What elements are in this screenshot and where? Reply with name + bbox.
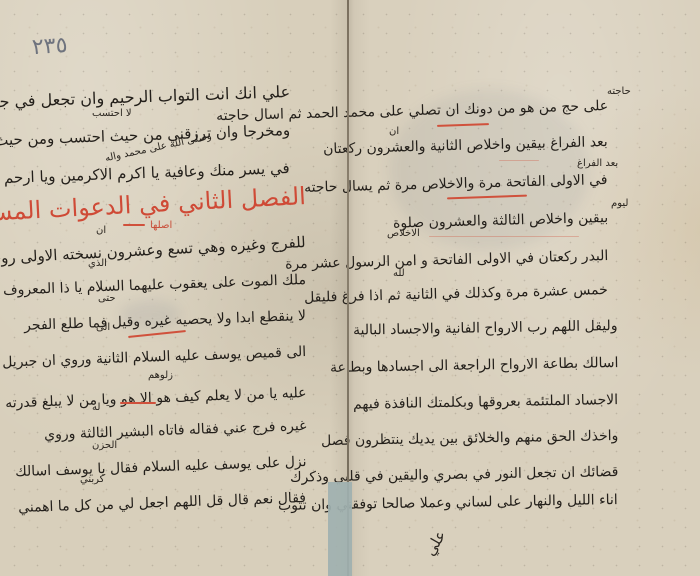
margin-gloss: لله [393,268,405,279]
margin-gloss: الاخلاص [387,228,420,239]
rubric-overline [123,224,145,226]
margin-gloss: اصلها [150,220,172,231]
left-page: ٢٣٥ علي انك انت التواب الرحيم وان تجعل ف… [0,0,348,576]
right-page: حاجته على حج من هو من دونك ان تصلي على م… [349,0,700,576]
margin-gloss: ان [96,225,106,236]
margin-gloss: الى [96,322,110,333]
rubric-overline [120,402,156,404]
margin-gloss: حتى [98,293,116,304]
margin-gloss: زلوهم [148,370,173,381]
bookmark-tab [328,482,352,576]
margin-gloss: ان [389,126,399,137]
faint-rule [429,236,579,237]
folio-number: ٢٣٥ [31,33,68,60]
margin-gloss: كربني [80,474,104,485]
margin-gloss: لا احتسب [92,108,132,119]
margin-gloss: الذي [88,258,107,269]
margin-gloss: ليوم [611,198,628,209]
margin-gloss: حاجته [607,86,631,97]
margin-gloss: بعد الفراغ [577,158,618,169]
manuscript-spread: ٢٣٥ علي انك انت التواب الرحيم وان تجعل ف… [0,0,700,576]
faint-rule [499,160,539,161]
margin-gloss: الحزن [92,440,117,451]
margin-gloss: له [92,402,100,413]
